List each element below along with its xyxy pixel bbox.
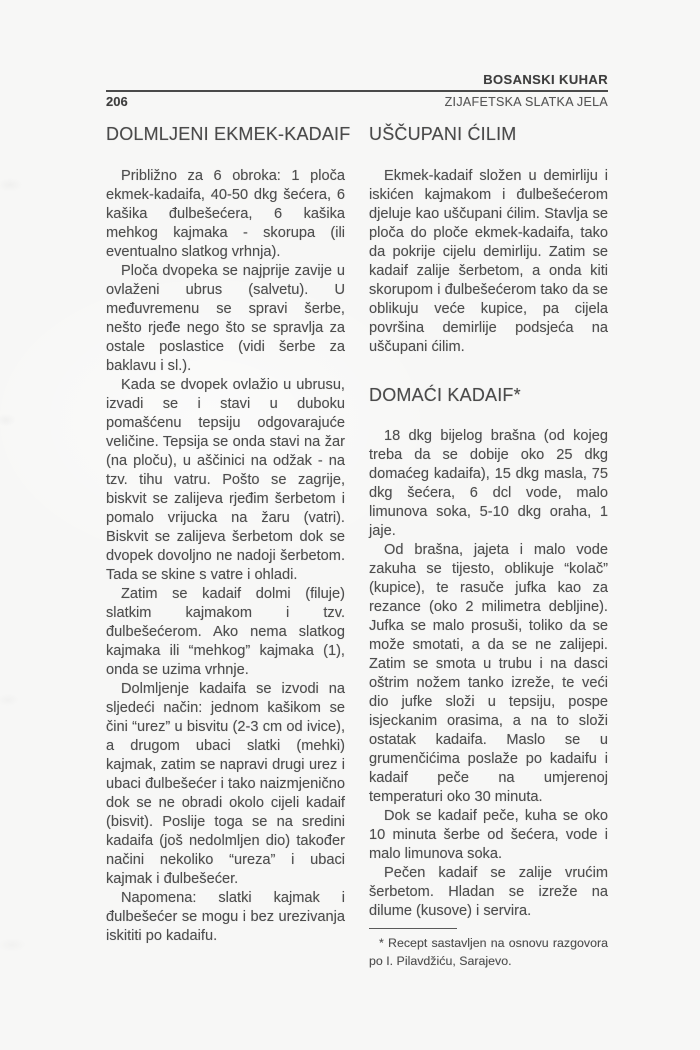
recipe-heading-domaci-kadaif: DOMAĆI KADAIF* [369,385,608,405]
page-number: 206 [106,94,128,109]
paragraph: Ploča dvopeka se najprije zavije u ovlaž… [106,262,345,376]
book-page: BOSANSKI KUHAR 206 ZIJAFETSKA SLATKA JEL… [106,72,608,970]
paragraph: 18 dkg bijelog brašna (od kojeg treba da… [369,427,608,541]
two-column-text: DOLMLJENI EKMEK-KADAIF Približno za 6 ob… [106,124,608,970]
recipe-heading-uscupani-cilim: UŠČUPANI ĆILIM [369,124,608,144]
paragraph: Ekmek-kadaif složen u demirliju i iskiće… [369,167,608,357]
right-column: UŠČUPANI ĆILIM Ekmek-kadaif složen u dem… [369,124,608,970]
paragraph: Pečen kadaif se zalije vrućim šerbetom. … [369,864,608,921]
footnote-text: * Recept sastavljen na osnovu razgovora … [369,934,608,970]
recipe-heading-dolmljeni-ekmek-kadaif: DOLMLJENI EKMEK-KADAIF [106,124,345,144]
paragraph: Zatim se kadaif dolmi (filuje) slatkim k… [106,585,345,680]
header-row: 206 ZIJAFETSKA SLATKA JELA [106,94,608,109]
footnote: * Recept sastavljen na osnovu razgovora … [369,928,608,970]
paragraph: Dolmljenje kadaifa se izvodi na sljedeći… [106,680,345,889]
paragraph: Od brašna, jajeta i malo vode zakuha se … [369,541,608,807]
footnote-divider [369,928,457,929]
chapter-title: ZIJAFETSKA SLATKA JELA [445,95,608,109]
left-column: DOLMLJENI EKMEK-KADAIF Približno za 6 ob… [106,124,345,970]
paragraph: Napomena: slatki kajmak i đulbešećer se … [106,889,345,946]
paragraph: Kada se dvopek ovlažio u ubrusu, izvadi … [106,376,345,585]
paragraph: Približno za 6 obroka: 1 ploča ekmek-kad… [106,167,345,262]
page-header: BOSANSKI KUHAR 206 ZIJAFETSKA SLATKA JEL… [106,72,608,109]
book-title: BOSANSKI KUHAR [106,72,608,92]
paragraph: Dok se kadaif peče, kuha se oko 10 minut… [369,807,608,864]
